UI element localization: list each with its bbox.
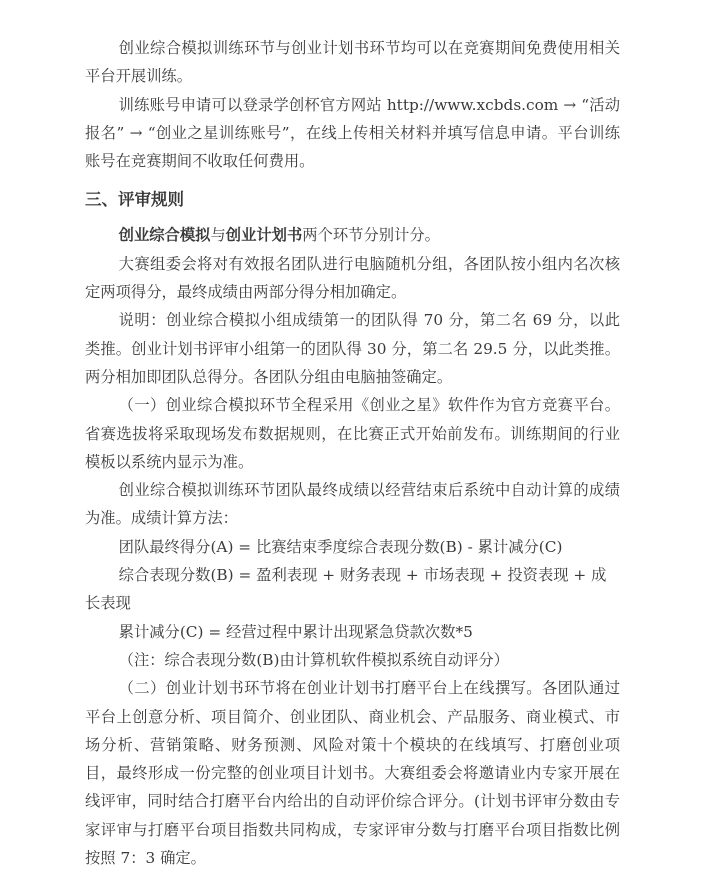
paragraph-item1-platform: （一）创业综合模拟环节全程采用《创业之星》软件作为官方竞赛平台。省赛选拔将采取现…: [85, 391, 620, 476]
bold-run-simulation: 创业综合模拟: [119, 226, 211, 244]
paragraph-scoring-split: 创业综合模拟与创业计划书两个环节分别计分。: [85, 221, 620, 249]
paragraph-grouping: 大赛组委会将对有效报名团队进行电脑随机分组，各团队按小组内名次核定两项得分，最终…: [85, 250, 620, 307]
formula-note: （注：综合表现分数(B)由计算机软件模拟系统自动评分）: [85, 646, 620, 674]
document-page: 创业综合模拟训练环节与创业计划书环节均可以在竞赛期间免费使用相关平台开展训练。 …: [0, 0, 705, 872]
text-run: 两个环节分别计分。: [302, 226, 440, 244]
paragraph-free-training: 创业综合模拟训练环节与创业计划书环节均可以在竞赛期间免费使用相关平台开展训练。: [85, 34, 620, 91]
bold-run-business-plan: 创业计划书: [226, 226, 303, 244]
formula-final-score: 团队最终得分(A) = 比赛结束季度综合表现分数(B) - 累计减分(C): [85, 533, 620, 561]
paragraph-explanation: 说明：创业综合模拟小组成绩第一的团队得 70 分，第二名 69 分，以此类推。创…: [85, 306, 620, 391]
paragraph-final-score-method: 创业综合模拟训练环节团队最终成绩以经营结束后系统中自动计算的成绩为准。成绩计算方…: [85, 476, 620, 533]
paragraph-item2-business-plan: （二）创业计划书环节将在创业计划书打磨平台上在线撰写。各团队通过平台上创意分析、…: [85, 674, 620, 872]
formula-performance-score: 综合表现分数(B) = 盈利表现 + 财务表现 + 市场表现 + 投资表现 + …: [85, 561, 620, 618]
formula-deduction: 累计减分(C) = 经营过程中累计出现紧急贷款次数*5: [85, 618, 620, 646]
text-run: 与: [210, 226, 225, 244]
section-heading-review-rules: 三、评审规则: [85, 185, 620, 214]
paragraph-account-apply: 训练账号申请可以登录学创杯官方网站 http://www.xcbds.com →…: [85, 91, 620, 176]
